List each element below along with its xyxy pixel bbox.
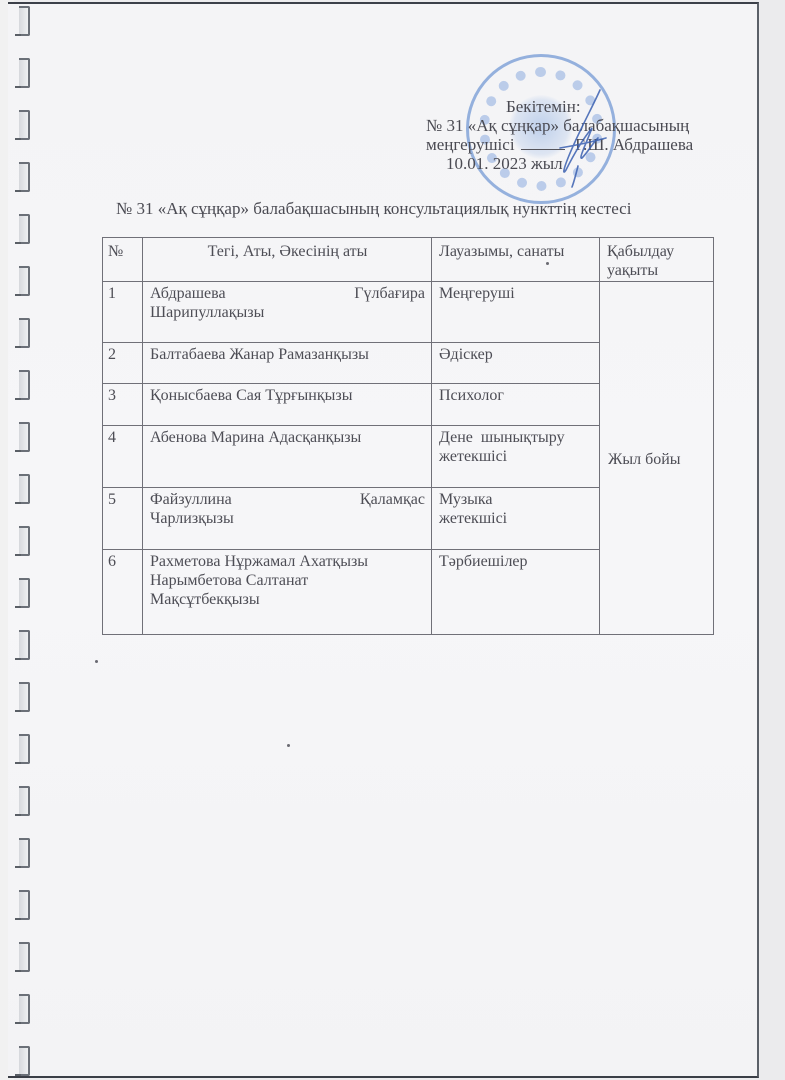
binding-ring-icon bbox=[19, 890, 30, 920]
binding-ring-icon bbox=[19, 422, 30, 452]
binding-ring-icon bbox=[19, 162, 30, 192]
binding-ring-icon bbox=[19, 526, 30, 556]
name-part: Рахметова Нұржамал Ахатқызы bbox=[150, 552, 425, 571]
position-part: жетекшісі bbox=[439, 447, 593, 466]
binding-ring-icon bbox=[19, 942, 30, 972]
binding-ring-icon bbox=[19, 682, 30, 712]
signature-icon bbox=[548, 88, 618, 188]
consultation-schedule-table: № Тегі, Аты, Әкесінің аты Лауазымы, сана… bbox=[102, 237, 714, 635]
row-name: Рахметова Нұржамал Ахатқызы Нарымбетова … bbox=[143, 550, 432, 635]
binding-ring-icon bbox=[19, 630, 30, 660]
name-part: Абдрашева bbox=[150, 284, 226, 303]
name-part: Қаламқас bbox=[360, 490, 425, 509]
row-number: 4 bbox=[103, 426, 143, 488]
row-number: 2 bbox=[103, 343, 143, 384]
table-row: 1 Абдрашева Гүлбағира Шарипуллақызы Меңг… bbox=[103, 282, 714, 343]
row-position: Әдіскер bbox=[432, 343, 600, 384]
position-part: жетекшісі bbox=[439, 509, 593, 528]
binding-ring-icon bbox=[19, 786, 30, 816]
table-header-row: № Тегі, Аты, Әкесінің аты Лауазымы, сана… bbox=[103, 238, 714, 282]
scan-speck bbox=[95, 660, 98, 663]
name-part: Чарлизқызы bbox=[150, 509, 425, 528]
row-number: 6 bbox=[103, 550, 143, 635]
binding-ring-icon bbox=[19, 266, 30, 296]
header-full-name: Тегі, Аты, Әкесінің аты bbox=[143, 238, 432, 282]
row-name: Файзуллина Қаламқас Чарлизқызы bbox=[143, 488, 432, 550]
name-part: Гүлбағира bbox=[354, 284, 425, 303]
scan-speck bbox=[546, 262, 549, 265]
header-reception-time: Қабылдау уақыты bbox=[600, 238, 714, 282]
reception-time-cell: Жыл бойы bbox=[600, 282, 714, 635]
binding-ring-icon bbox=[19, 474, 30, 504]
header-number: № bbox=[103, 238, 143, 282]
row-position: Тәрбиешілер bbox=[432, 550, 600, 635]
binding-ring-icon bbox=[19, 370, 30, 400]
name-part: Нарымбетова Салтанат bbox=[150, 571, 425, 590]
name-part: Мақсұтбекқызы bbox=[150, 590, 425, 609]
position-part: Дене шынықтыру bbox=[439, 428, 593, 447]
row-position: Меңгеруші bbox=[432, 282, 600, 343]
row-number: 5 bbox=[103, 488, 143, 550]
scan-margin-right bbox=[760, 0, 785, 1080]
document-title: № 31 «Ақ сұңқар» балабақшасының консульт… bbox=[116, 199, 631, 219]
row-name: Қонысбаева Сая Тұрғынқызы bbox=[143, 384, 432, 426]
binding-ring-icon bbox=[19, 578, 30, 608]
row-position: Психолог bbox=[432, 384, 600, 426]
binding-ring-icon bbox=[19, 318, 30, 348]
name-part: Шарипуллақызы bbox=[150, 303, 425, 322]
binding-ring-icon bbox=[19, 1046, 30, 1076]
scan-speck bbox=[287, 744, 290, 747]
binding-ring-icon bbox=[19, 838, 30, 868]
binding-ring-icon bbox=[19, 734, 30, 764]
approval-role: меңгерушісі bbox=[426, 135, 515, 154]
binding-ring-icon bbox=[19, 994, 30, 1024]
binding-ring-icon bbox=[19, 6, 30, 36]
row-position: Музыка жетекшісі bbox=[432, 488, 600, 550]
row-name: Абдрашева Гүлбағира Шарипуллақызы bbox=[143, 282, 432, 343]
row-name: Балтабаева Жанар Рамазанқызы bbox=[143, 343, 432, 384]
name-part: Файзуллина bbox=[150, 490, 232, 509]
row-position: Дене шынықтыру жетекшісі bbox=[432, 426, 600, 488]
row-number: 3 bbox=[103, 384, 143, 426]
row-number: 1 bbox=[103, 282, 143, 343]
binding-ring-icon bbox=[19, 58, 30, 88]
binding-ring-icon bbox=[19, 110, 30, 140]
row-name: Абенова Марина Адасқанқызы bbox=[143, 426, 432, 488]
header-position: Лауазымы, санаты bbox=[432, 238, 600, 282]
binding-ring-icon bbox=[19, 214, 30, 244]
position-part: Музыка bbox=[439, 490, 593, 509]
